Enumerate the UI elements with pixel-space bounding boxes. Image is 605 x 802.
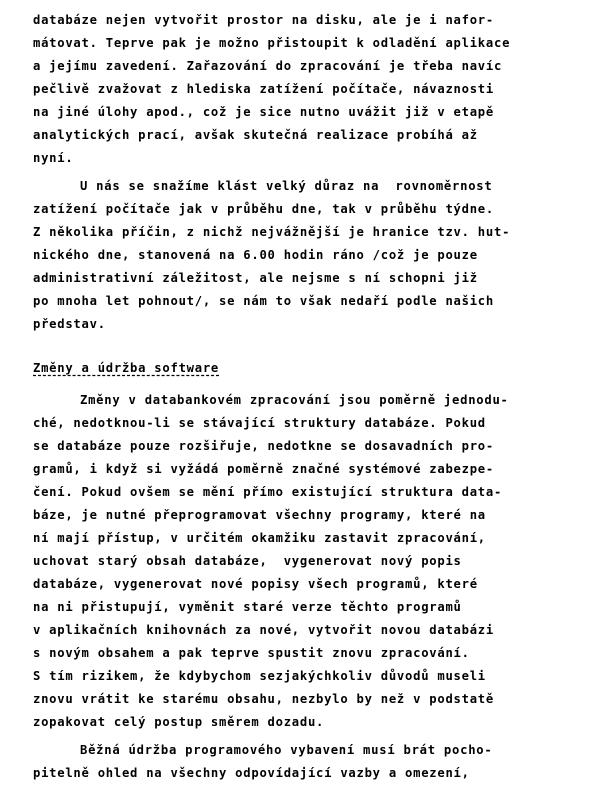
text-line: a jejímu zavedení. Zařazování do zpracov… bbox=[33, 58, 502, 74]
text-line: databáze nejen vytvořit prostor na disku… bbox=[33, 12, 494, 28]
text-line: na ni přistupují, vyměnit staré verze tě… bbox=[33, 599, 462, 615]
text-line: zopakovat celý postup směrem dozadu. bbox=[33, 714, 324, 730]
text-line: čení. Pokud ovšem se mění přímo existují… bbox=[33, 484, 502, 500]
text-line: ché, nedotknou-li se stávající struktury… bbox=[33, 415, 486, 431]
text-line: Běžná údržba programového vybavení musí … bbox=[80, 742, 492, 758]
text-line: ní mají přístup, v určitém okamžiku zast… bbox=[33, 530, 486, 546]
text-line: v aplikačních knihovnách za nové, vytvoř… bbox=[33, 622, 494, 638]
text-line: administrativní záležitost, ale nejsme s… bbox=[33, 270, 478, 286]
text-line: se databáze pouze rozšiřuje, nedotkne se… bbox=[33, 438, 494, 454]
text-line: po mnoha let pohnout/, se nám to však ne… bbox=[33, 293, 494, 309]
text-line: báze, je nutné přeprogramovat všechny pr… bbox=[33, 507, 486, 523]
text-line: nického dne, stanovená na 6.00 hodin rán… bbox=[33, 247, 478, 263]
text-line: S tím rizikem, že kdybychom sezjakýchkol… bbox=[33, 668, 486, 684]
text-line: databáze, vygenerovat nové popisy všech … bbox=[33, 576, 478, 592]
text-line: nyní. bbox=[33, 150, 73, 166]
text-line: pitelně ohled na všechny odpovídající va… bbox=[33, 765, 470, 781]
text-line: zatížení počítače jak v průběhu dne, tak… bbox=[33, 201, 494, 217]
text-line: na jiné úlohy apod., což je sice nutno u… bbox=[33, 104, 494, 120]
text-line: U nás se snažíme klást velký důraz na ro… bbox=[80, 178, 492, 194]
text-line: analytických prací, avšak skutečná reali… bbox=[33, 127, 478, 143]
text-line: představ. bbox=[33, 316, 106, 332]
text-line: mátovat. Teprve pak je možno přistoupit … bbox=[33, 35, 510, 51]
text-line: s novým obsahem a pak teprve spustit zno… bbox=[33, 645, 470, 661]
text-line: pečlivě zvažovat z hlediska zatížení poč… bbox=[33, 81, 494, 97]
text-line: Změny v databankovém zpracování jsou pom… bbox=[80, 392, 509, 408]
text-line: Z několika příčin, z nichž nejvážnější j… bbox=[33, 224, 510, 240]
document-page: databáze nejen vytvořit prostor na disku… bbox=[0, 0, 605, 802]
section-heading: Změny a údržba software bbox=[33, 360, 219, 376]
text-line: znovu vrátit ke starému obsahu, nezbylo … bbox=[33, 691, 494, 707]
text-line: uchovat starý obsah databáze, vygenerova… bbox=[33, 553, 462, 569]
text-line: gramů, i když si vyžádá poměrně značné s… bbox=[33, 461, 494, 477]
